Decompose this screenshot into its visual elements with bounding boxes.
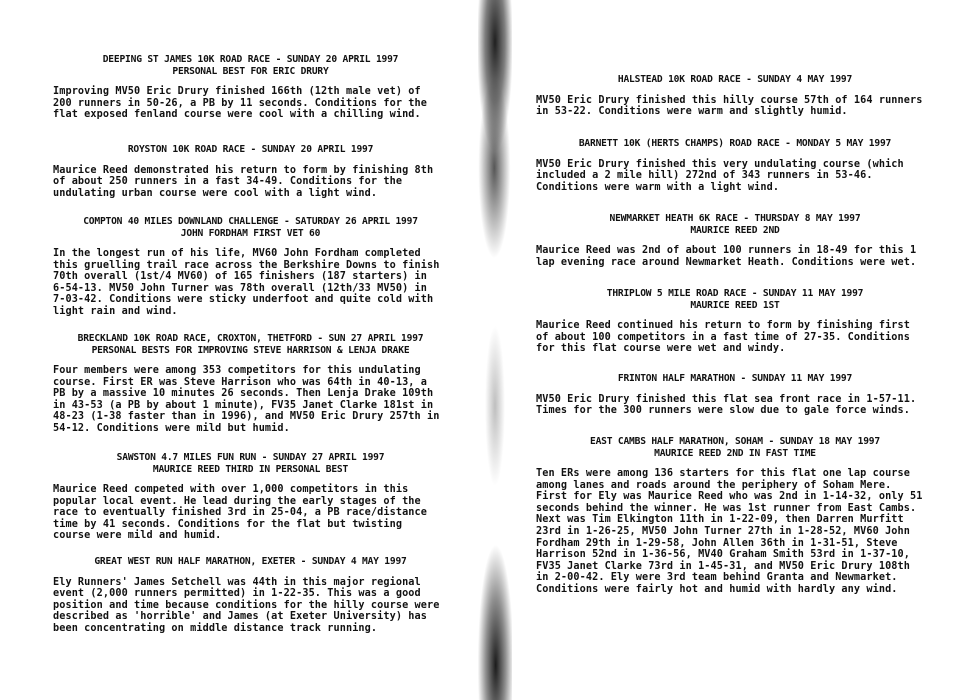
article-headline: DEEPING ST JAMES 10K ROAD RACE - SUNDAY … [53,54,448,66]
article-body: Improving MV50 Eric Drury finished 166th… [53,86,448,121]
article-body: Maurice Reed continued his return to for… [536,320,934,355]
article-great-west-run: GREAT WEST RUN HALF MARATHON, EXETER - S… [53,556,448,634]
article-body: Maurice Reed was 2nd of about 100 runner… [536,245,934,268]
article-headline: GREAT WEST RUN HALF MARATHON, EXETER - S… [53,556,448,568]
article-headline: NEWMARKET HEATH 6K RACE - THURSDAY 8 MAY… [536,213,934,225]
article-body: Ely Runners' James Setchell was 44th in … [53,577,448,635]
article-body: Maurice Reed demonstrated his return to … [53,165,448,200]
article-headline: ROYSTON 10K ROAD RACE - SUNDAY 20 APRIL … [53,144,448,156]
article-body: In the longest run of his life, MV60 Joh… [53,248,448,318]
article-headline: THRIPLOW 5 MILE ROAD RACE - SUNDAY 11 MA… [536,288,934,300]
article-headline: FRINTON HALF MARATHON - SUNDAY 11 MAY 19… [536,373,934,385]
article-breckland: BRECKLAND 10K ROAD RACE, CROXTON, THETFO… [53,333,448,435]
left-page: DEEPING ST JAMES 10K ROAD RACE - SUNDAY … [0,0,478,700]
article-headline: COMPTON 40 MILES DOWNLAND CHALLENGE - SA… [53,216,448,228]
article-frinton: FRINTON HALF MARATHON - SUNDAY 11 MAY 19… [536,373,934,417]
article-headline: BRECKLAND 10K ROAD RACE, CROXTON, THETFO… [53,333,448,345]
article-headline: BARNETT 10K (HERTS CHAMPS) ROAD RACE - M… [536,138,934,150]
article-body: Maurice Reed competed with over 1,000 co… [53,484,448,542]
article-subheadline: PERSONAL BEST FOR ERIC DRURY [53,66,448,78]
article-subheadline: MAURICE REED 1ST [536,300,934,312]
article-newmarket-heath: NEWMARKET HEATH 6K RACE - THURSDAY 8 MAY… [536,213,934,268]
article-body: Ten ERs were among 136 starters for this… [536,468,934,596]
article-headline: SAWSTON 4.7 MILES FUN RUN - SUNDAY 27 AP… [53,452,448,464]
article-deeping-st-james: DEEPING ST JAMES 10K ROAD RACE - SUNDAY … [53,54,448,121]
article-compton: COMPTON 40 MILES DOWNLAND CHALLENGE - SA… [53,216,448,318]
article-royston: ROYSTON 10K ROAD RACE - SUNDAY 20 APRIL … [53,144,448,199]
article-subheadline: JOHN FORDHAM FIRST VET 60 [53,228,448,240]
article-subheadline: MAURICE REED 2ND [536,225,934,237]
article-subheadline: PERSONAL BESTS FOR IMPROVING STEVE HARRI… [53,345,448,357]
article-halstead: HALSTEAD 10K ROAD RACE - SUNDAY 4 MAY 19… [536,74,934,118]
right-page: HALSTEAD 10K ROAD RACE - SUNDAY 4 MAY 19… [490,0,963,700]
article-body: MV50 Eric Drury finished this very undul… [536,159,934,194]
article-barnett: BARNETT 10K (HERTS CHAMPS) ROAD RACE - M… [536,138,934,193]
article-headline: HALSTEAD 10K ROAD RACE - SUNDAY 4 MAY 19… [536,74,934,86]
article-body: MV50 Eric Drury finished this flat sea f… [536,394,934,417]
article-headline: EAST CAMBS HALF MARATHON, SOHAM - SUNDAY… [536,436,934,448]
article-subheadline: MAURICE REED THIRD IN PERSONAL BEST [53,464,448,476]
article-east-cambs: EAST CAMBS HALF MARATHON, SOHAM - SUNDAY… [536,436,934,596]
article-body: MV50 Eric Drury finished this hilly cour… [536,95,934,118]
article-subheadline: MAURICE REED 2ND IN FAST TIME [536,448,934,460]
article-thriplow: THRIPLOW 5 MILE ROAD RACE - SUNDAY 11 MA… [536,288,934,355]
article-sawston: SAWSTON 4.7 MILES FUN RUN - SUNDAY 27 AP… [53,452,448,542]
article-body: Four members were among 353 competitors … [53,365,448,435]
